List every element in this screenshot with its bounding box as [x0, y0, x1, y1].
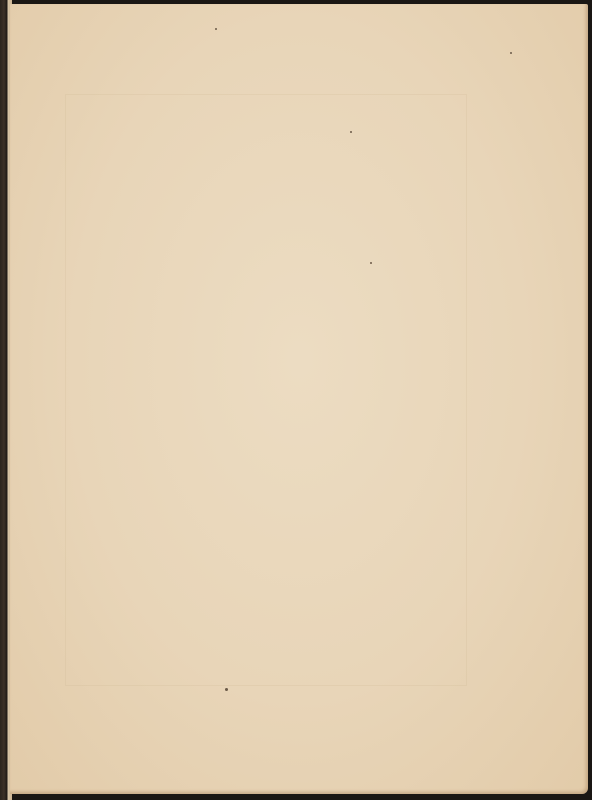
speck	[350, 131, 352, 133]
speck	[215, 28, 217, 30]
speck	[370, 262, 372, 264]
speck	[225, 688, 228, 691]
ghost-offset-impression	[65, 94, 467, 686]
speck	[510, 52, 512, 54]
blank-page	[10, 4, 588, 794]
